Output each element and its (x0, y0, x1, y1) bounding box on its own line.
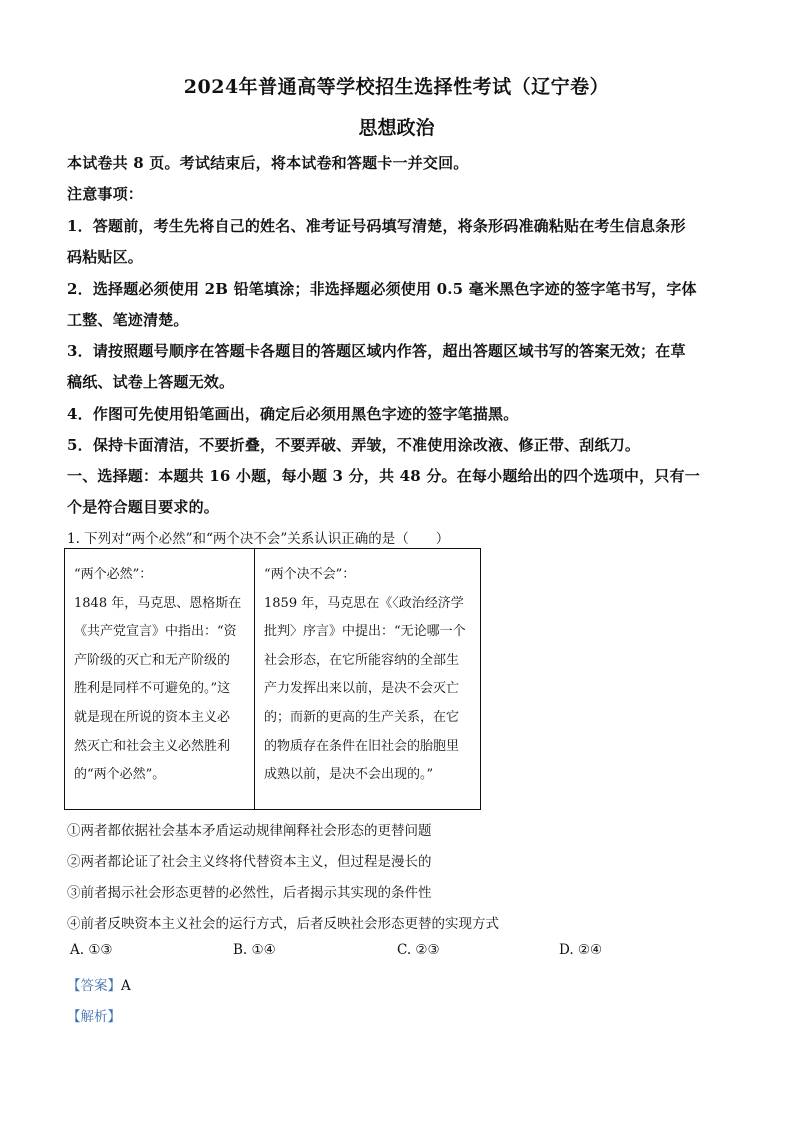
cell-line: 社会形态，在它所能容纳的全部生 (264, 647, 480, 676)
option-d: D. ②④ (559, 942, 602, 958)
exam-title: 2024年普通高等学校招生选择性考试（辽宁卷） (0, 72, 793, 99)
notice-line: 5．保持卡面清洁，不要折叠，不要弄破、弄皱，不准使用涂改液、修正带、刮纸刀。 (67, 434, 640, 455)
option-a: A. ①③ (70, 942, 113, 958)
cell-line: 产阶级的灭亡和无产阶级的 (74, 647, 254, 676)
notice-line: 1．答题前，考生先将自己的姓名、准考证号码填写清楚，将条形码准确粘贴在考生信息条… (67, 215, 686, 236)
cell-line: “两个必然”： (74, 561, 254, 590)
cell-line: 胜利是同样不可避免的。”这 (74, 675, 254, 704)
analysis-tag: 【解析】 (67, 1009, 121, 1025)
table-cell-two-never: “两个决不会”： 1859 年，马克思在《〈政治经济学 批判〉序言》中提出：“无… (255, 549, 480, 809)
notice-line: 码粘贴区。 (67, 246, 143, 267)
question-stem: 1. 下列对“两个必然”和“两个决不会”关系认识正确的是（ ） (67, 527, 449, 547)
statement-3: ③前者揭示社会形态更替的必然性，后者揭示其实现的条件性 (67, 881, 432, 901)
notice-line: 2．选择题必须使用 2B 铅笔填涂；非选择题必须使用 0.5 毫米黑色字迹的签字… (67, 278, 697, 299)
cell-line: “两个决不会”： (264, 561, 480, 590)
cell-line: 成熟以前，是决不会出现的。” (264, 761, 480, 790)
cell-line: 1848 年，马克思、恩格斯在 (74, 590, 254, 619)
cell-line: 就是现在所说的资本主义必 (74, 704, 254, 733)
statement-1: ①两者都依据社会基本矛盾运动规律阐释社会形态的更替问题 (67, 819, 432, 839)
intro-text: 本试卷共 8 页。考试结束后，将本试卷和答题卡一并交回。 (67, 152, 468, 173)
statement-4: ④前者反映资本主义社会的运行方式，后者反映社会形态更替的实现方式 (67, 912, 499, 932)
cell-line: 批判〉序言》中提出：“无论哪一个 (264, 618, 480, 647)
exam-page: 2024年普通高等学校招生选择性考试（辽宁卷） 思想政治 本试卷共 8 页。考试… (0, 0, 793, 1122)
answer-tag: 【答案】 (67, 978, 121, 994)
option-c: C. ②③ (397, 942, 440, 958)
table-cell-two-inevitables: “两个必然”： 1848 年，马克思、恩格斯在 《共产党宣言》中指出：“资 产阶… (65, 549, 255, 809)
notice-heading: 注意事项： (67, 183, 143, 204)
notice-line: 工整、笔迹清楚。 (67, 309, 189, 330)
cell-line: 然灭亡和社会主义必然胜利 (74, 733, 254, 762)
cell-line: 的“两个必然”。 (74, 761, 254, 790)
section-heading: 一、选择题：本题共 16 小题，每小题 3 分，共 48 分。在每小题给出的四个… (67, 465, 700, 486)
notice-line: 稿纸、试卷上答题无效。 (67, 371, 234, 392)
cell-line: 1859 年，马克思在《〈政治经济学 (264, 590, 480, 619)
cell-line: 《共产党宣言》中指出：“资 (74, 618, 254, 647)
cell-line: 的物质存在条件在旧社会的胎胞里 (264, 733, 480, 762)
subject-title: 思想政治 (0, 113, 793, 140)
analysis-line: 【解析】 (67, 1005, 121, 1025)
cell-line: 的；而新的更高的生产关系，在它 (264, 704, 480, 733)
notice-line: 4．作图可先使用铅笔画出，确定后必须用黑色字迹的签字笔描黑。 (67, 403, 518, 424)
section-heading-cont: 个是符合题目要求的。 (67, 496, 219, 517)
option-b: B. ①④ (233, 942, 276, 958)
answer-line: 【答案】A (67, 974, 131, 994)
quote-table: “两个必然”： 1848 年，马克思、恩格斯在 《共产党宣言》中指出：“资 产阶… (64, 548, 481, 810)
notice-line: 3．请按照题号顺序在答题卡各题目的答题区域内作答，超出答题区域书写的答案无效；在… (67, 340, 686, 361)
statement-2: ②两者都论证了社会主义终将代替资本主义，但过程是漫长的 (67, 850, 432, 870)
answer-value: A (121, 978, 131, 994)
cell-line: 产力发挥出来以前，是决不会灭亡 (264, 675, 480, 704)
